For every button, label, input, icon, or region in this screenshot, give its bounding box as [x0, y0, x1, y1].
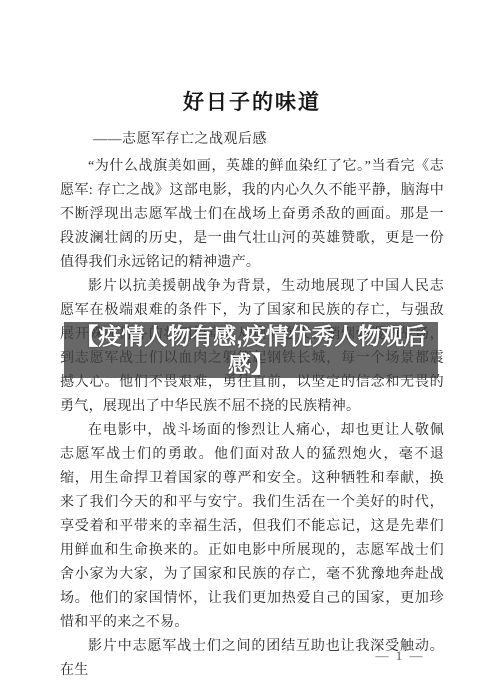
paragraph-3: 在电影中，战斗场面的惨烈让人痛心，却也更让人敬佩志愿军战士们的勇敢。他们面对敌人…: [60, 419, 444, 635]
document-content: 好日子的味道 ——志愿军存亡之战观后感 “为什么战旗美如画，英雄的鲜血染红了它。…: [60, 86, 444, 683]
paragraph-1: “为什么战旗美如画，英雄的鲜血染红了它。”当看完《志愿军: 存亡之战》这部电影，…: [60, 155, 444, 275]
watermark-overlay-banner: 【疫情人物有感,疫情优秀人物观后感】: [64, 322, 438, 378]
page-subtitle: ——志愿军存亡之战观后感: [60, 129, 444, 151]
watermark-overlay-text: 【疫情人物有感,疫情优秀人物观后感】: [64, 322, 438, 378]
document-page: 好日子的味道 ——志愿军存亡之战观后感 “为什么战旗美如画，英雄的鲜血染红了它。…: [0, 0, 500, 693]
page-title: 好日子的味道: [60, 86, 444, 116]
page-number: — 1 —: [355, 648, 445, 664]
